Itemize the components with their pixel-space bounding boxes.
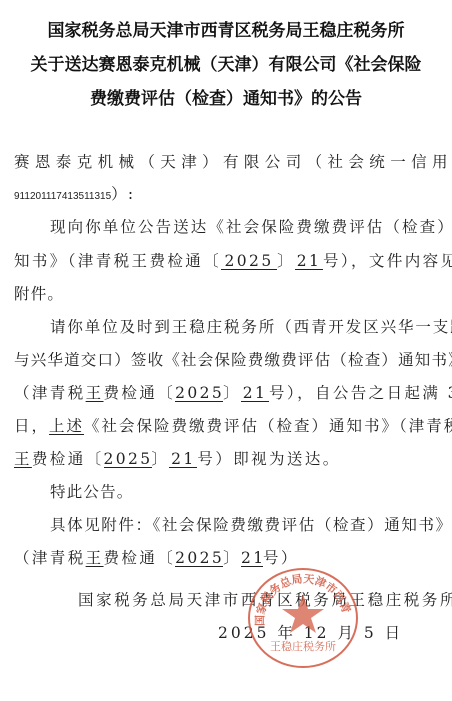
closing-text: 特此公告。 [50,480,134,502]
attachment-year: 2025 [175,550,223,567]
attachment-bracket: 〕 [223,549,241,567]
para2-docref-mid-2: 费检通〔 [32,450,104,468]
attachment-number: 21 [241,550,263,567]
para2-line-3: （津青税王费检通〔2025〕21号），自公告之日起满 30 [14,381,452,403]
para2-line-4-suffix: 《社会保险费缴费评估（检查）通知书》（津青税 [84,417,452,435]
para2-line-4-prefix: 日， [14,417,49,435]
para2-wang: 王 [86,384,104,402]
para1-line-1: 现向你单位公告送达《社会保险费缴费评估（检查）通 [50,215,452,237]
para1-docref-prefix: 知书》（津青税王费检通〔 [14,252,221,270]
credit-code-line: 911201117413511315）: [14,182,134,204]
para2-year: 2025 [175,385,223,402]
attachment-docref-mid: 费检通〔 [104,549,176,567]
para1-number: 21 [295,253,323,270]
credit-code: 911201117413511315 [14,191,111,202]
para2-docref-mid: 费检通〔 [104,384,176,402]
notice-title-line-1: 国家税务总局天津市西青区税务局王稳庄税务所 [0,16,452,41]
para1-line-2: 知书》（津青税王费检通〔2025〕21号），文件内容见 [14,249,452,271]
attachment-line-2: （津青税王费检通〔2025〕21号） [14,546,299,568]
issuer-signature: 国家税务总局天津市西青区税务局王稳庄税务所 [78,588,452,610]
para2-line-5: 王费检通〔2025〕21号）即视为送达。 [14,447,341,469]
para1-line-2-suffix: 号），文件内容见 [323,252,452,270]
para2-number-2: 21 [169,451,197,468]
para2-bracket-2: 〕 [152,450,170,468]
attachment-docref-prefix: （津青税 [14,549,86,567]
seal-star-icon: 国家税务总局天津市西青区 王稳庄税务所 [250,570,356,666]
para2-wang-2: 王 [14,450,32,468]
para1-bracket: 〕 [277,252,295,270]
para2-docref-prefix: （津青税 [14,384,86,402]
official-seal: 国家税务总局天津市西青区 王稳庄税务所 [248,568,358,668]
para2-line-2: 与兴华道交口）签收《社会保险费缴费评估（检查）通知书》 [14,348,452,370]
para1-line-3: 附件。 [14,282,64,304]
attachment-line-1: 具体见附件：《社会保险费缴费评估（检查）通知书》 [50,513,452,535]
para2-number: 21 [241,385,269,402]
notice-title-line-3: 费缴费评估（检查）通知书》的公告 [0,84,452,109]
attachment-suffix: 号） [263,549,299,567]
notice-title-line-2: 关于送达赛恩泰克机械（天津）有限公司《社会保险 [0,50,452,75]
para2-shangshu: 上述 [49,417,84,435]
para2-line-1: 请你单位及时到王稳庄税务所（西青开发区兴华一支路 [50,315,452,337]
para1-year: 2025 [221,253,277,270]
para2-line-5-suffix: 号）即视为送达。 [197,450,340,468]
para2-year-2: 2025 [104,451,152,468]
para2-line-3-suffix: 号），自公告之日起满 30 [269,384,452,402]
issue-date: 2025 年 12 月 5 日 [218,621,403,643]
addressee-line: 赛恩泰克机械（天津）有限公司（社会统一信用代码: [14,150,452,172]
credit-code-suffix: ）: [111,185,134,203]
para2-line-4: 日，上述《社会保险费缴费评估（检查）通知书》（津青税 [14,414,452,436]
para2-bracket: 〕 [223,384,241,402]
attachment-wang: 王 [86,549,104,567]
